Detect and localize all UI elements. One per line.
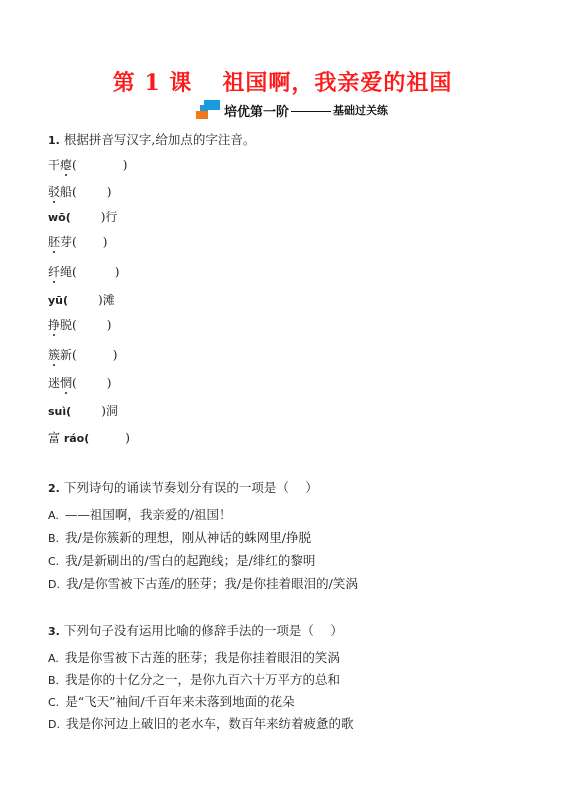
q2-option-c[interactable]: C.我/是新刷出的/雪白的起跑线；是/绯红的黎明 xyxy=(48,551,315,569)
lesson-number: 第 1 课 xyxy=(113,70,193,96)
q1-item-5: 纤绳() xyxy=(48,263,119,280)
q1-item-3: wō()行 xyxy=(48,208,117,225)
q1-item-4: 胚芽() xyxy=(48,233,107,250)
stage-sub-label: 基础过关练 xyxy=(333,102,388,118)
dash-divider xyxy=(291,111,331,112)
q1-item-2: 驳船() xyxy=(48,183,111,200)
q1-item-6: yū()滩 xyxy=(48,291,115,308)
stairs-logo-icon xyxy=(196,100,222,120)
question-2-prompt: 2.下列诗句的诵读节奏划分有误的一项是（ ） xyxy=(48,478,318,496)
q3-option-a[interactable]: A.我是你雪被下古莲的胚芽；我是你挂着眼泪的笑涡 xyxy=(48,648,340,666)
q1-item-11: 富 ráo() xyxy=(48,429,130,446)
question-1-prompt: 1.根据拼音写汉字,给加点的字注音。 xyxy=(48,130,255,148)
q1-item-7: 挣脱() xyxy=(48,316,111,333)
q3-option-b[interactable]: B.我是你的十亿分之一，是你九百六十万平方的总和 xyxy=(48,670,340,688)
q1-item-8: 簇新() xyxy=(48,346,117,363)
lesson-title: 祖国啊，我亲爱的祖国 xyxy=(222,70,452,96)
q1-item-1: 干瘪() xyxy=(48,156,127,173)
q2-option-b[interactable]: B.我/是你簇新的理想，刚从神话的蛛网里/挣脱 xyxy=(48,528,311,546)
section-heading: 培优第一阶 基础过关练 xyxy=(196,98,388,122)
q1-item-10: suì()洞 xyxy=(48,402,118,419)
q2-option-d[interactable]: D.我/是你雪被下古莲/的胚芽；我/是你挂着眼泪的/笑涡 xyxy=(48,574,358,592)
q1-item-9: 迷惘() xyxy=(48,374,111,391)
question-3-prompt: 3.下列句子没有运用比喻的修辞手法的一项是（ ） xyxy=(48,621,343,639)
q2-option-a[interactable]: A.——祖国啊，我亲爱的/祖国！ xyxy=(48,505,232,523)
page-title: 第 1 课祖国啊，我亲爱的祖国 xyxy=(0,66,565,97)
q3-option-d[interactable]: D.我是你河边上破旧的老水车，数百年来纺着疲惫的歌 xyxy=(48,714,353,732)
q3-option-c[interactable]: C.是“飞天”袖间/千百年来未落到地面的花朵 xyxy=(48,692,295,710)
stage-label: 培优第一阶 xyxy=(224,101,289,120)
